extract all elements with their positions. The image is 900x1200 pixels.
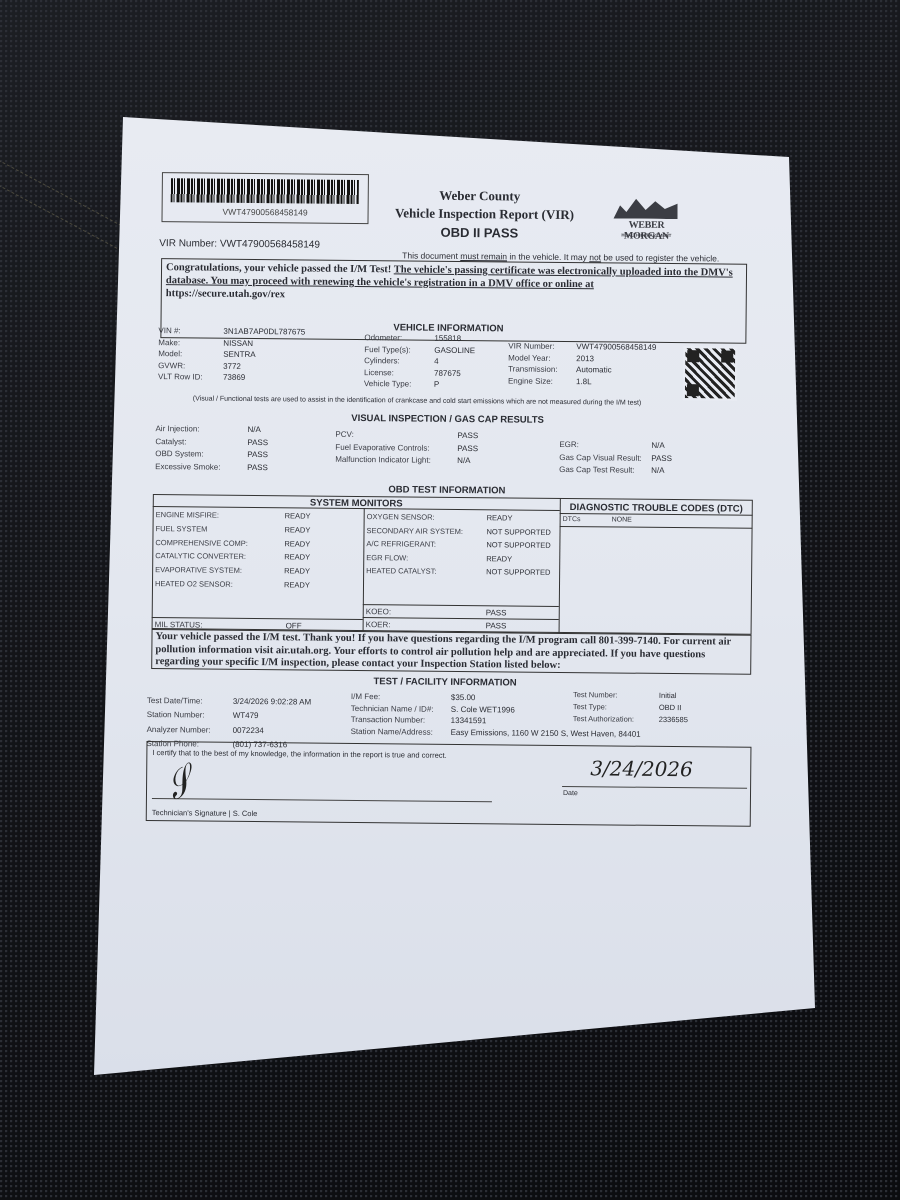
field-value: PASS [457, 431, 478, 440]
field-label: Model: [158, 349, 182, 358]
mil-status-value: OFF [286, 621, 302, 630]
field-value: WT479 [233, 711, 259, 720]
field-value: 4 [434, 357, 439, 366]
vir-number-line: VIR Number: VWT47900568458149 [159, 238, 320, 251]
field-label: VLT Row ID: [158, 372, 203, 381]
mil-status-label: MIL STATUS: [155, 620, 203, 629]
field-value: OBD II [659, 703, 682, 712]
field-value: PASS [651, 453, 672, 462]
barcode-text: VWT47900568458149 [163, 206, 368, 218]
field-label: Test Date/Time: [147, 696, 203, 706]
notice-not: not [589, 252, 601, 262]
logo-dept: HEALTH DEPARTMENT [611, 232, 681, 238]
koeo-value: PASS [486, 608, 507, 617]
field-label: Make: [158, 338, 180, 347]
field-label: Fuel Evaporative Controls: [335, 442, 429, 452]
koer-label: KOER: [366, 620, 391, 629]
field-label: EGR: [559, 440, 579, 449]
field-value: PASS [457, 443, 478, 452]
mountain-logo-icon [614, 196, 678, 219]
field-label: VIN #: [158, 326, 180, 335]
barcode-box: VWT47900568458149 [161, 172, 368, 224]
dtc-label: DTCs [563, 516, 581, 523]
field-label: Engine Size: [508, 376, 553, 385]
field-value: GASOLINE [434, 345, 475, 354]
field-value: READY [284, 525, 310, 534]
field-value: 13341591 [451, 716, 487, 725]
qr-code-icon [683, 346, 738, 401]
facility-title: TEST / FACILITY INFORMATION [345, 676, 545, 689]
vir-number-label: VIR Number: [159, 238, 217, 250]
field-label: Test Authorization: [573, 714, 634, 724]
visual-inspection-title: VISUAL INSPECTION / GAS CAP RESULTS [298, 412, 598, 426]
field-label: Station Number: [147, 710, 205, 720]
field-value: P [434, 380, 439, 389]
notice-text: This document [402, 250, 460, 261]
field-value: 787675 [434, 368, 461, 377]
field-value: PASS [247, 462, 268, 471]
field-value: Easy Emissions, 1160 W 2150 S, West Have… [451, 727, 641, 738]
field-value: 0072234 [233, 725, 264, 734]
field-label: A/C REFRIGERANT: [366, 539, 436, 549]
field-value: PASS [247, 437, 268, 446]
field-value: SENTRA [223, 350, 256, 359]
field-value: N/A [247, 425, 260, 434]
field-label: Transmission: [508, 364, 558, 373]
notice-must-remain: must remain [460, 251, 507, 261]
field-label: HEATED CATALYST: [366, 566, 436, 576]
field-label: COMPREHENSIVE COMP: [155, 538, 248, 548]
field-value: 1.8L [576, 377, 592, 386]
rex-url-link[interactable]: https://secure.utah.gov/rex [166, 288, 285, 300]
field-value: NOT SUPPORTED [486, 527, 550, 537]
result-title: OBD II PASS [379, 224, 579, 241]
field-value: Automatic [576, 365, 612, 374]
field-label: Cylinders: [364, 356, 400, 365]
field-value: Initial [659, 691, 677, 700]
signature-label: Technician's Signature | S. Cole [152, 808, 258, 818]
seat-stitching [0, 150, 122, 227]
field-value: 155818 [434, 334, 461, 343]
field-label: I/M Fee: [351, 692, 380, 701]
field-value: READY [284, 580, 310, 589]
field-value: READY [486, 554, 512, 563]
field-label: PCV: [335, 430, 353, 439]
koeo-label: KOEO: [366, 607, 391, 616]
field-label: Station Name/Address: [351, 726, 433, 736]
congrats-text: Congratulations, your vehicle passed the… [166, 262, 394, 275]
field-label: EVAPORATIVE SYSTEM: [155, 565, 242, 575]
thank-you-box: Your vehicle passed the I/M test. Thank … [151, 629, 751, 675]
field-value: READY [284, 553, 310, 562]
koer-value: PASS [486, 621, 507, 630]
field-label: Test Number: [573, 690, 618, 699]
field-value: 2336585 [659, 715, 688, 724]
vehicle-inspection-report: VWT47900568458149 Weber County Vehicle I… [143, 168, 761, 854]
field-label: CATALYTIC CONVERTER: [155, 551, 246, 561]
field-label: OXYGEN SENSOR: [367, 512, 435, 522]
field-label: Technician Name / ID#: [351, 703, 434, 713]
field-value: READY [487, 513, 513, 522]
field-label: Gas Cap Test Result: [559, 465, 635, 475]
report-title: Vehicle Inspection Report (VIR) [370, 205, 600, 223]
field-value: $35.00 [451, 693, 476, 702]
date-label: Date [563, 790, 578, 797]
field-value: 3N1AB7AP0DL787675 [223, 327, 305, 337]
obd-table [152, 494, 753, 635]
dtc-value: NONE [612, 516, 632, 523]
field-label: OBD System: [155, 449, 204, 458]
field-value: READY [284, 566, 310, 575]
field-value: S. Cole WET1996 [451, 704, 515, 714]
field-label: License: [364, 368, 394, 377]
field-label: HEATED O2 SENSOR: [155, 579, 233, 589]
field-value: NISSAN [223, 338, 253, 347]
field-label: Excessive Smoke: [155, 462, 220, 472]
field-value: N/A [651, 441, 664, 450]
field-value: 2013 [576, 354, 594, 363]
field-label: Vehicle Type: [364, 379, 412, 388]
field-value: N/A [457, 456, 470, 465]
obd-test-title: OBD TEST INFORMATION [347, 484, 547, 497]
field-value: N/A [651, 466, 664, 475]
field-label: FUEL SYSTEM [155, 524, 207, 533]
field-label: Fuel Type(s): [364, 345, 411, 354]
field-value: 3/24/2026 9:02:28 AM [233, 697, 311, 707]
field-label: Model Year: [508, 353, 550, 362]
field-value: 73869 [223, 373, 245, 382]
field-label: ENGINE MISFIRE: [156, 510, 219, 520]
field-value: PASS [247, 450, 268, 459]
field-value: NOT SUPPORTED [486, 567, 550, 577]
field-label: Test Type: [573, 702, 607, 711]
field-value: 3772 [223, 361, 241, 370]
field-label: Catalyst: [155, 437, 186, 446]
field-value: VWT47900568458149 [576, 342, 656, 352]
field-value: READY [284, 539, 310, 548]
handwritten-date: 3/24/2026 [590, 756, 693, 781]
field-label: Transaction Number: [351, 715, 425, 725]
field-label: SECONDARY AIR SYSTEM: [366, 526, 463, 536]
seat-stitching [0, 175, 122, 252]
field-value: READY [285, 511, 311, 520]
weber-morgan-logo: WEBER MORGAN HEALTH DEPARTMENT [611, 196, 681, 243]
field-label: GVWR: [158, 361, 185, 370]
field-label: Gas Cap Visual Result: [559, 452, 642, 462]
field-value: NOT SUPPORTED [486, 540, 550, 550]
barcode-icon [171, 178, 359, 204]
field-label: Analyzer Number: [147, 725, 211, 735]
field-label: EGR FLOW: [366, 553, 408, 562]
field-label: VIR Number: [508, 341, 554, 350]
vir-number-value: VWT47900568458149 [220, 239, 320, 251]
field-label: Air Injection: [155, 424, 199, 433]
county-title: Weber County [380, 187, 580, 205]
field-label: Malfunction Indicator Light: [335, 455, 431, 465]
field-label: Odometer: [364, 333, 402, 342]
logo-name: WEBER MORGAN [611, 219, 681, 242]
